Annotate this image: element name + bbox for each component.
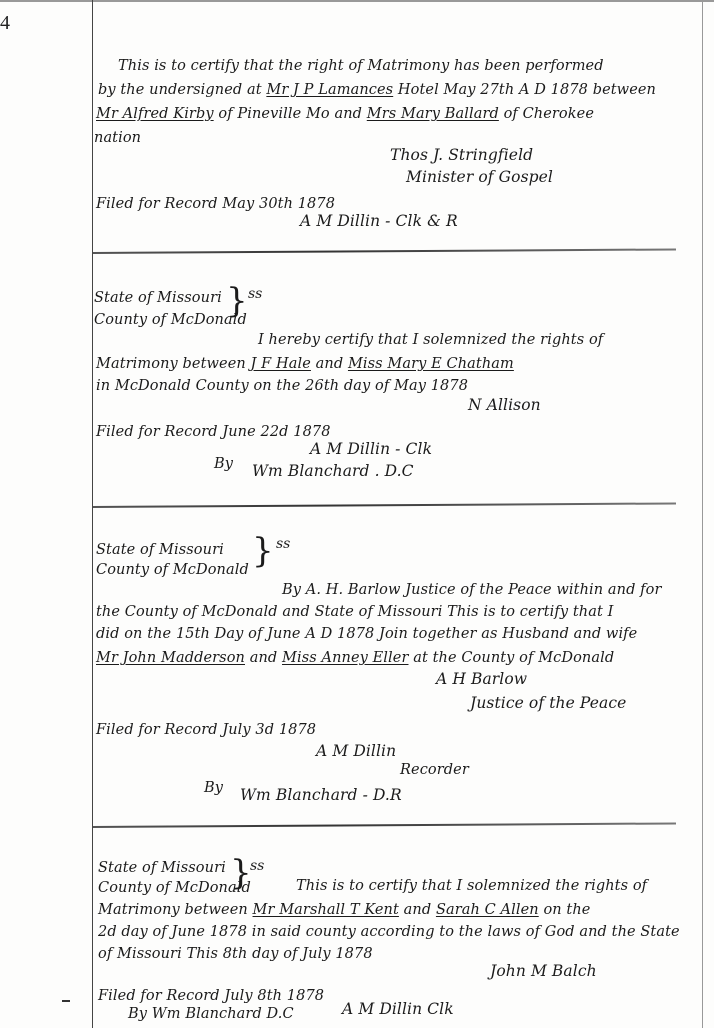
record-4-ss: ss <box>250 858 264 874</box>
record-2-state: State of Missouri <box>94 290 222 306</box>
record-1-line-4: nation <box>94 130 141 146</box>
record-2-ss: ss <box>248 286 262 302</box>
record-1-line-3: Mr Alfred Kirby of Pineville Mo and Mrs … <box>96 106 594 122</box>
record-4-filed: Filed for Record July 8th 1878 <box>98 988 324 1004</box>
record-3-signature-title: Justice of the Peace <box>470 694 626 712</box>
page-number: 4 <box>0 12 10 35</box>
record-3-groom: Mr John Madderson <box>96 650 245 666</box>
record-1-date-text: Hotel May 27th A D 1878 between <box>398 82 656 98</box>
record-1-line-1: This is to certify that the right of Mat… <box>118 58 604 74</box>
record-4-text: on the <box>543 902 590 918</box>
record-2-text: Matrimony between <box>96 356 246 372</box>
record-separator <box>93 502 676 508</box>
right-margin-rule <box>702 0 703 1028</box>
page-top-edge <box>0 0 714 2</box>
record-2-signature-name: N Allison <box>468 396 541 414</box>
record-4-line-4: of Missouri This 8th day of July 1878 <box>98 946 373 962</box>
record-2-line-2: Matrimony between J F Hale and Miss Mary… <box>96 356 514 372</box>
record-2-filed: Filed for Record June 22d 1878 <box>96 424 331 440</box>
record-4-text: Matrimony between <box>98 902 248 918</box>
record-1-signature-title: Minister of Gospel <box>406 168 553 186</box>
record-1-signature-name: Thos J. Stringfield <box>390 146 533 164</box>
record-3-line-4: Mr John Madderson and Miss Anney Eller a… <box>96 650 614 666</box>
record-separator <box>93 822 676 828</box>
margin-mark <box>62 1000 70 1002</box>
record-4-deputy: Wm Blanchard D.C <box>152 1006 294 1022</box>
record-4-signature-name: John M Balch <box>490 962 597 980</box>
record-3-recorder-title: Recorder <box>400 762 469 778</box>
record-3-deputy: Wm Blanchard - D.R <box>240 786 402 804</box>
record-4-state: State of Missouri <box>98 860 226 876</box>
record-1-line-2: by the undersigned at Mr J P Lamances Ho… <box>98 82 656 98</box>
record-3-line-3: did on the 15th Day of June A D 1878 Joi… <box>96 626 637 642</box>
record-1-bride: Mrs Mary Ballard <box>367 106 499 122</box>
record-3-filed: Filed for Record July 3d 1878 <box>96 722 316 738</box>
record-2-deputy-by: By <box>214 456 233 472</box>
record-2-county: County of McDonald <box>94 312 247 328</box>
record-2-text: and <box>316 356 344 372</box>
record-1-text: of Cherokee <box>504 106 594 122</box>
record-4-deputy-line: By Wm Blanchard D.C <box>128 1006 294 1022</box>
record-2-line-3: in McDonald County on the 26th day of Ma… <box>96 378 468 394</box>
record-3-ss: ss <box>276 536 290 552</box>
record-3-state: State of Missouri <box>96 542 224 558</box>
record-3-line-1: By A. H. Barlow Justice of the Peace wit… <box>282 582 662 598</box>
left-margin-rule <box>92 0 93 1028</box>
record-3-signature-name: A H Barlow <box>436 670 527 688</box>
record-3-text: at the County of McDonald <box>413 650 614 666</box>
record-4-line-3: 2d day of June 1878 in said county accor… <box>98 924 680 940</box>
record-2-recorder: A M Dillin - Clk <box>310 440 432 458</box>
record-1-recorder: A M Dillin - Clk & R <box>300 212 458 230</box>
record-4-line-1: This is to certify that I solemnized the… <box>296 878 647 894</box>
record-3-county: County of McDonald <box>96 562 249 578</box>
record-4-deputy-by: By <box>128 1006 147 1022</box>
record-4-county: County of McDonald <box>98 880 251 896</box>
record-1-hotel-name: Mr J P Lamances <box>266 82 393 98</box>
record-1-filed: Filed for Record May 30th 1878 <box>96 196 335 212</box>
record-2-deputy: Wm Blanchard . D.C <box>252 462 414 480</box>
record-3-line-2: the County of McDonald and State of Miss… <box>96 604 613 620</box>
record-2-bride: Miss Mary E Chatham <box>348 356 514 372</box>
record-1-text: by the undersigned at <box>98 82 262 98</box>
record-1-groom: Mr Alfred Kirby <box>96 106 214 122</box>
record-4-bride: Sarah C Allen <box>436 902 539 918</box>
record-4-line-2: Matrimony between Mr Marshall T Kent and… <box>98 902 590 918</box>
record-3-deputy-by: By <box>204 780 223 796</box>
record-separator <box>93 248 676 254</box>
record-2-line-1: I hereby certify that I solemnized the r… <box>258 332 603 348</box>
record-4-recorder: A M Dillin Clk <box>342 1000 454 1018</box>
record-3-recorder: A M Dillin <box>316 742 396 760</box>
ledger-page: 4 This is to certify that the right of M… <box>0 0 714 1028</box>
record-2-groom: J F Hale <box>251 356 311 372</box>
record-3-brace: } <box>252 534 274 568</box>
record-4-groom: Mr Marshall T Kent <box>253 902 399 918</box>
record-3-bride: Miss Anney Eller <box>282 650 408 666</box>
record-1-text: of Pineville Mo and <box>218 106 362 122</box>
record-3-text: and <box>250 650 278 666</box>
record-4-text: and <box>404 902 432 918</box>
